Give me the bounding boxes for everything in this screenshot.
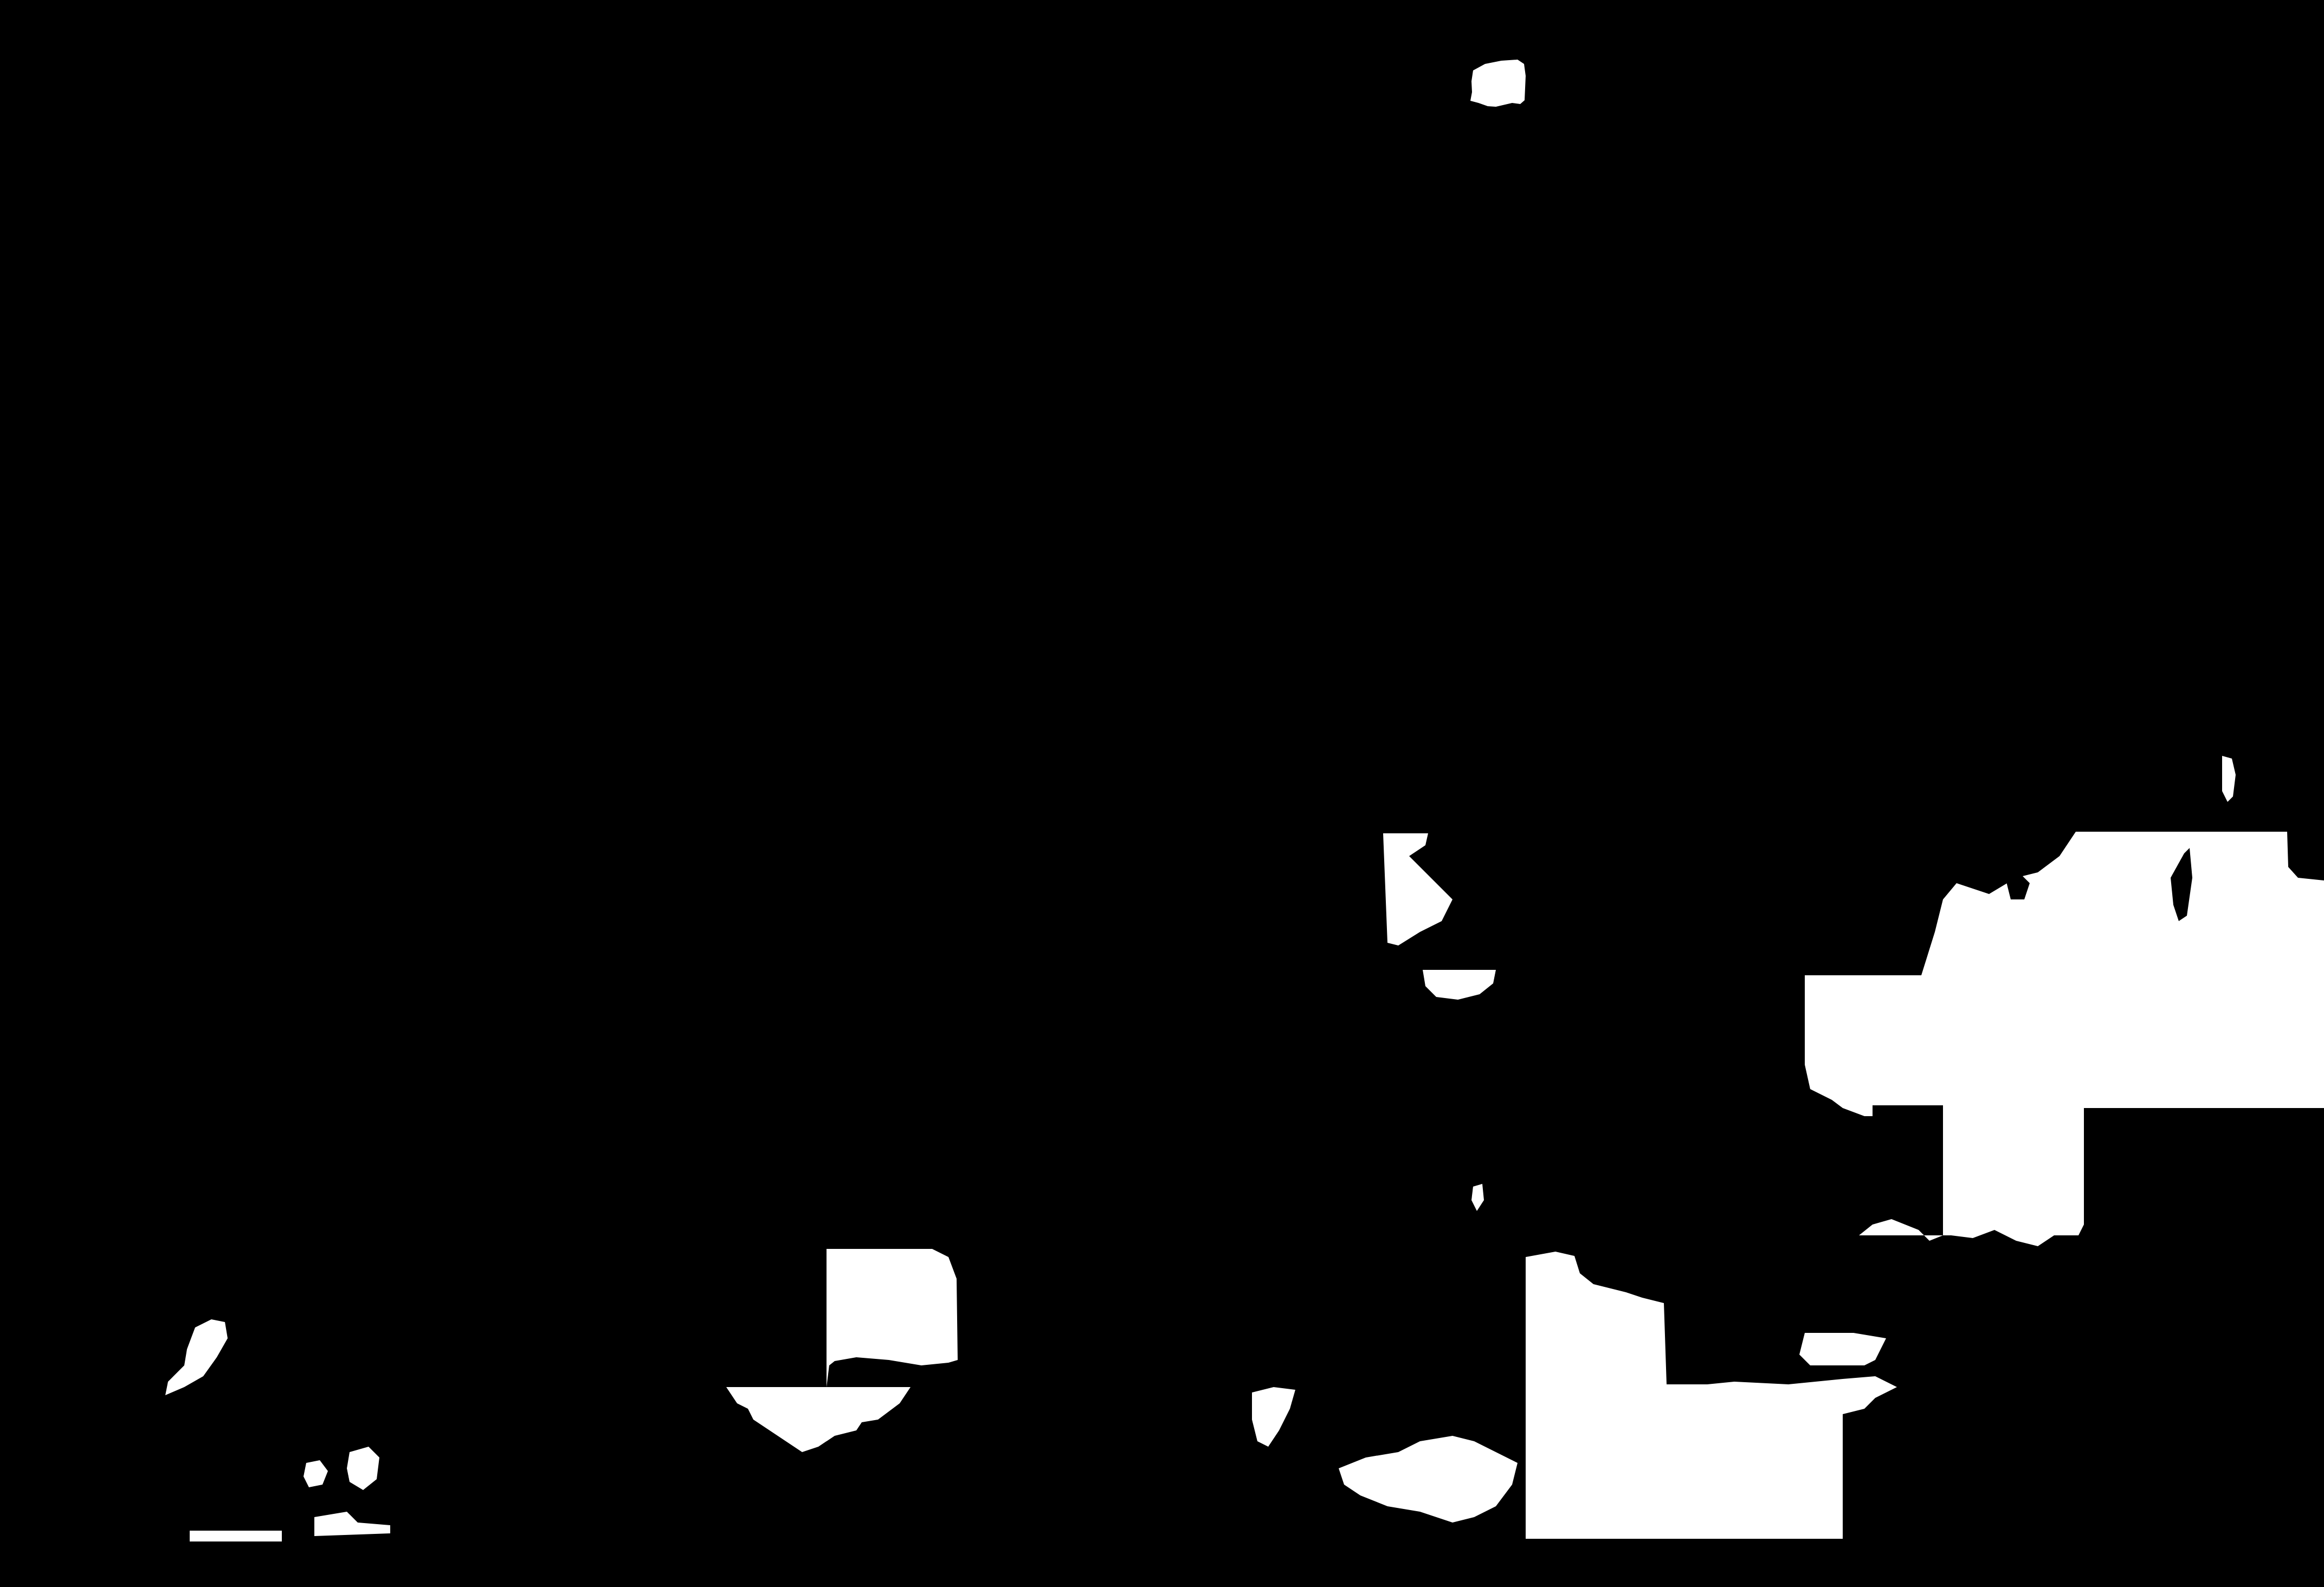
- mask-region-bottom-center-right: [1799, 1333, 1886, 1365]
- segmentation-mask: [0, 0, 2324, 1587]
- mask-region-far-left-strip: [190, 1531, 282, 1541]
- mask-region-right-lower: [1943, 1062, 2084, 1246]
- mask-background: [0, 0, 2324, 1587]
